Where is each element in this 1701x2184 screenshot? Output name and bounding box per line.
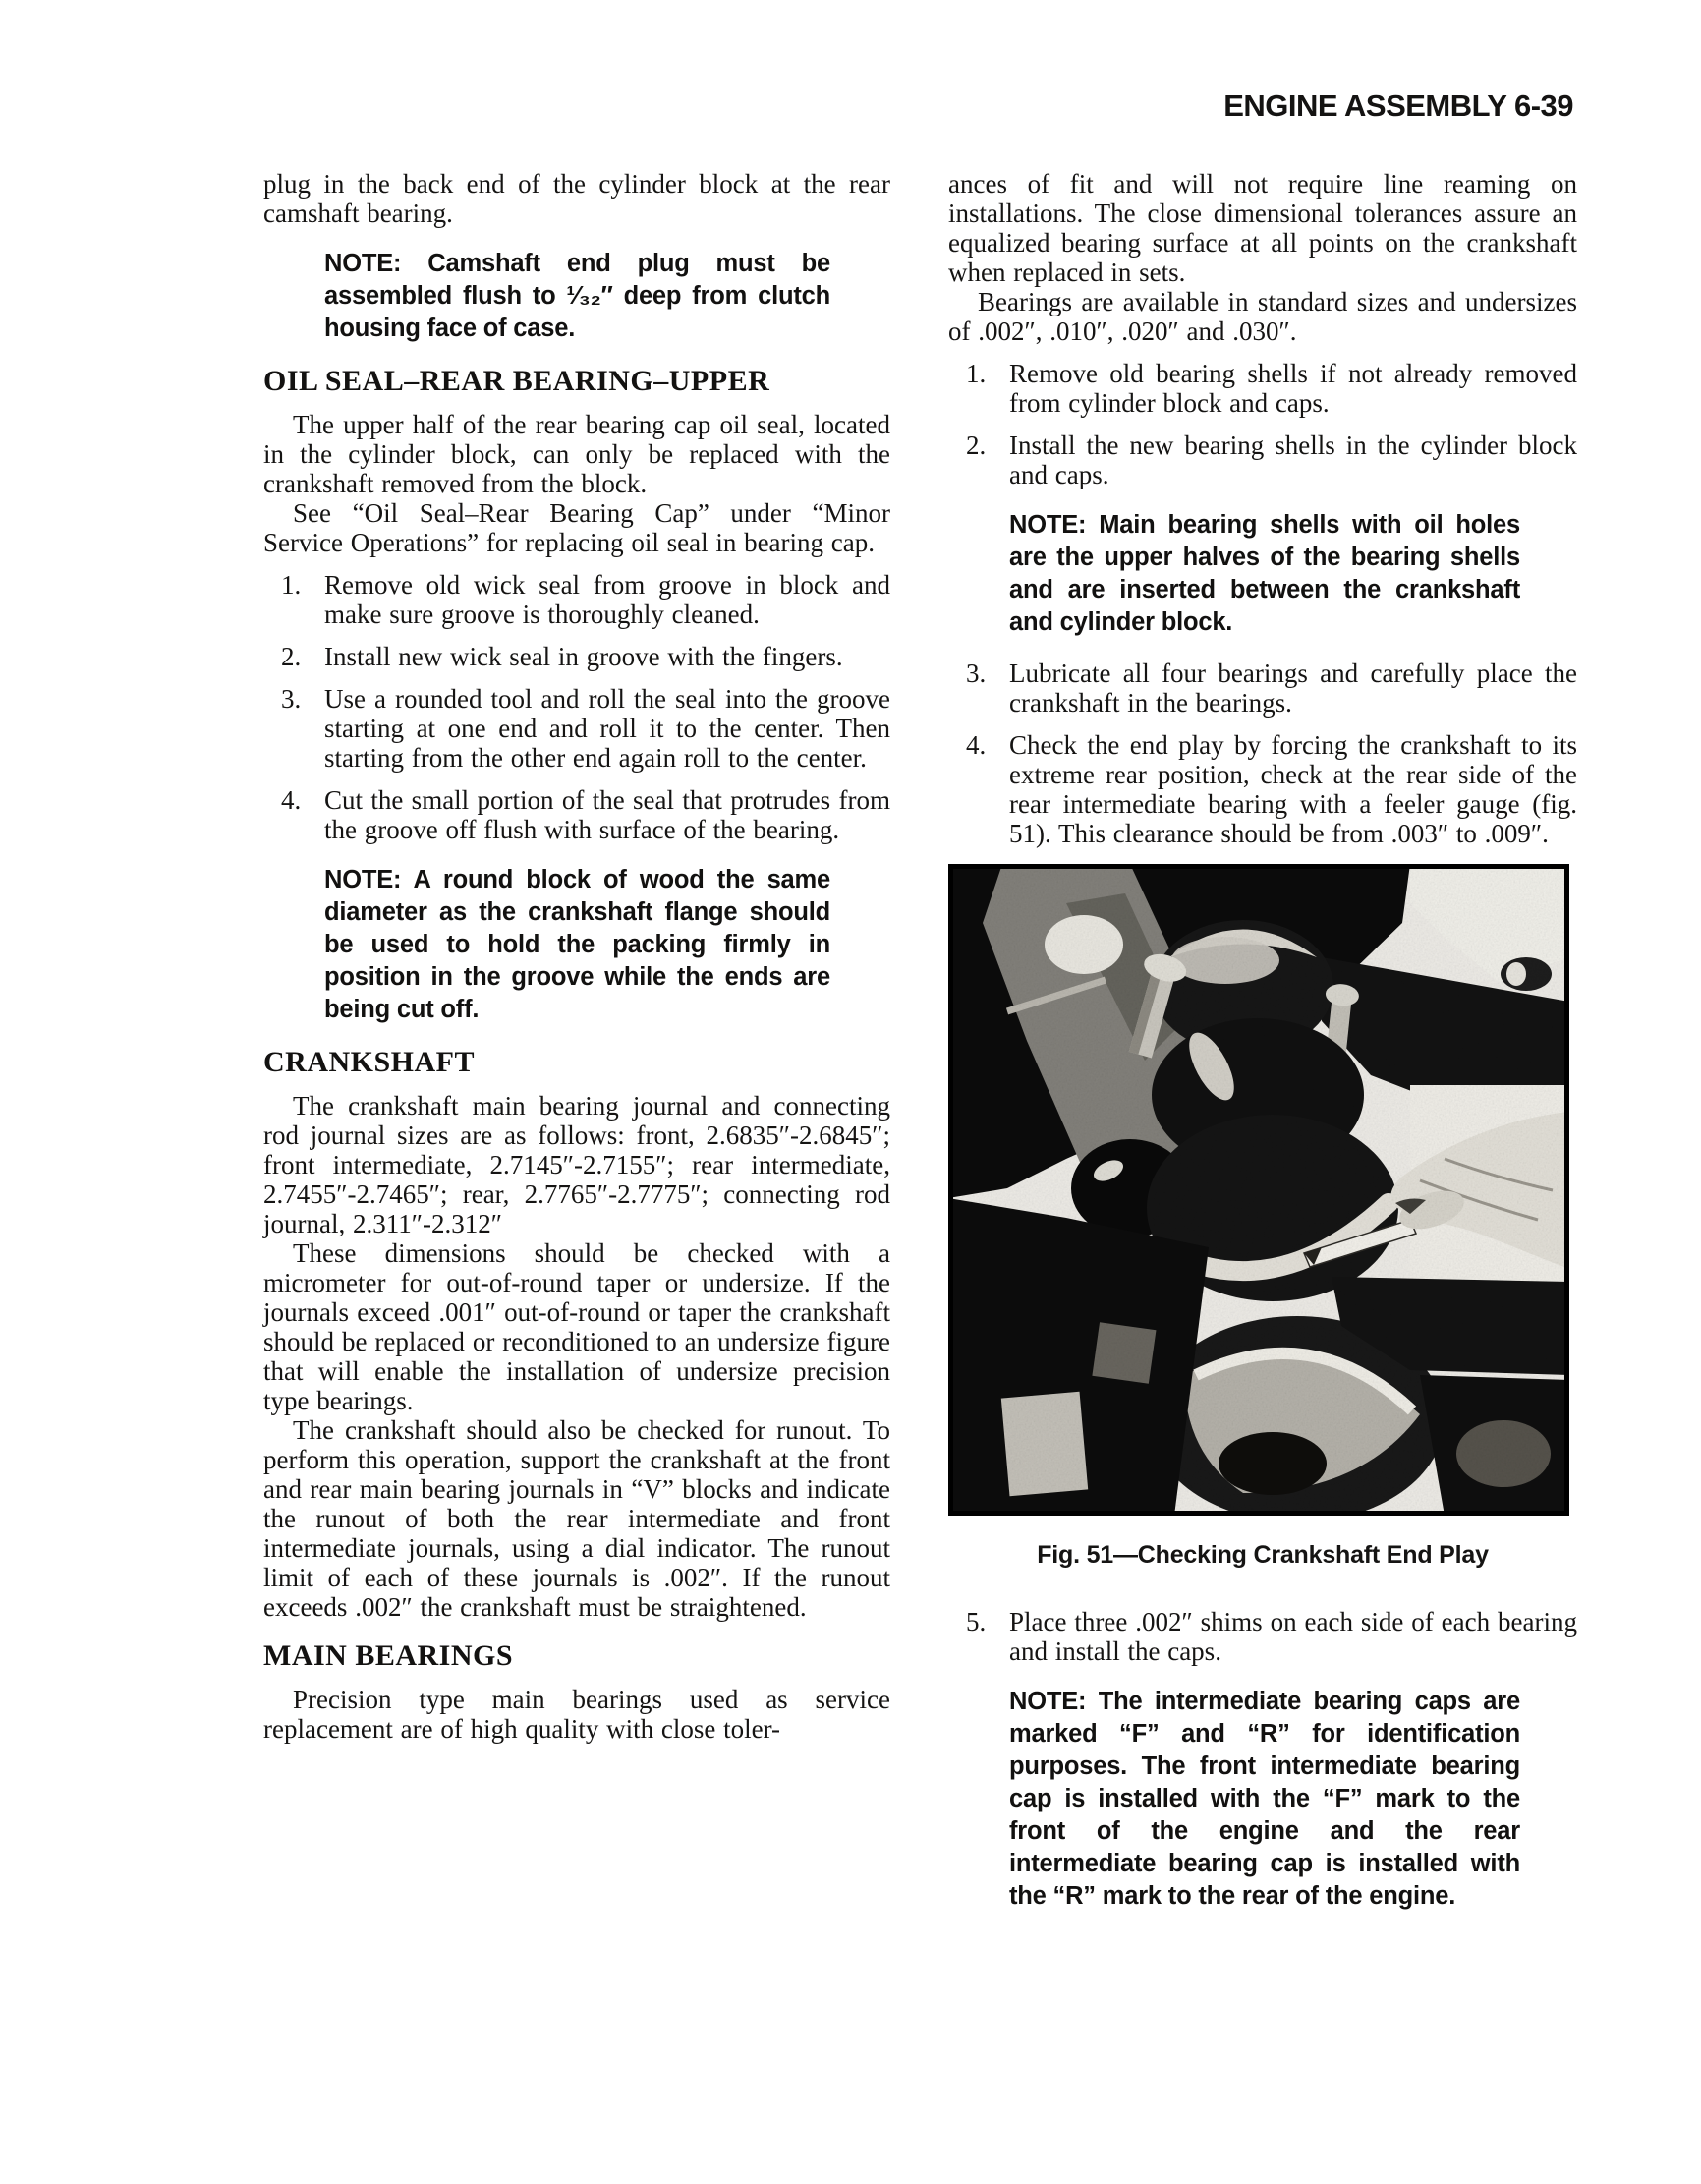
list-item: 2. Install the new bearing shells in the…: [948, 431, 1577, 489]
paragraph-precision: Precision type main bearings used as ser…: [263, 1685, 890, 1744]
list-number: 2.: [966, 431, 986, 460]
list-text: Check the end play by forcing the cranks…: [1009, 730, 1577, 848]
list-text: Cut the small portion of the seal that p…: [324, 785, 890, 844]
list-item: 4. Cut the small portion of the seal tha…: [263, 785, 890, 844]
paragraph-journal-sizes: The crankshaft main bearing journal and …: [263, 1091, 890, 1238]
list-text: Place three .002″ shims on each side of …: [1009, 1607, 1577, 1666]
list-item: 2. Install new wick seal in groove with …: [263, 642, 890, 671]
paragraph-tolerances: ances of fit and will not require line r…: [948, 169, 1577, 287]
list-text: Lubricate all four bearings and carefull…: [1009, 659, 1577, 718]
note-oil-holes: NOTE: Main bearing shells with oil holes…: [1009, 509, 1520, 639]
section-heading-oil-seal: OIL SEAL–REAR BEARING–UPPER: [263, 365, 890, 398]
paragraph-dimensions: These dimensions should be checked with …: [263, 1238, 890, 1415]
page-header: ENGINE ASSEMBLY 6-39: [1223, 88, 1573, 124]
list-item: 3. Use a rounded tool and roll the seal …: [263, 684, 890, 773]
list-number: 1.: [281, 570, 301, 600]
list-number: 4.: [966, 730, 986, 760]
list-item: 1. Remove old bearing shells if not alre…: [948, 359, 1577, 418]
list-text: Install new wick seal in groove with the…: [324, 642, 890, 671]
paragraph-camshaft-plug: plug in the back end of the cylinder blo…: [263, 169, 890, 228]
list-number: 3.: [281, 684, 301, 714]
paragraph-runout: The crankshaft should also be checked fo…: [263, 1415, 890, 1622]
note-camshaft-end-plug: NOTE: Camshaft end plug must be assemble…: [324, 248, 830, 345]
paragraph-see-reference: See “Oil Seal–Rear Bearing Cap” under “M…: [263, 498, 890, 557]
figure-51: Fig. 51—Checking Crankshaft End Play: [948, 864, 1577, 1570]
figure-51-photo: [948, 864, 1569, 1516]
list-number: 3.: [966, 659, 986, 688]
list-number: 2.: [281, 642, 301, 671]
list-number: 5.: [966, 1607, 986, 1637]
section-heading-crankshaft: CRANKSHAFT: [263, 1046, 890, 1079]
list-item: 4. Check the end play by forcing the cra…: [948, 730, 1577, 848]
section-heading-main-bearings: MAIN BEARINGS: [263, 1639, 890, 1673]
list-item: 1. Remove old wick seal from groove in b…: [263, 570, 890, 629]
left-column: plug in the back end of the cylinder blo…: [263, 169, 890, 1744]
paragraph-upper-half: The upper half of the rear bearing cap o…: [263, 410, 890, 498]
paragraph-bearings-available: Bearings are available in standard sizes…: [948, 287, 1577, 346]
note-round-block: NOTE: A round block of wood the same dia…: [324, 864, 830, 1026]
list-item: 3. Lubricate all four bearings and caref…: [948, 659, 1577, 718]
list-text: Remove old bearing shells if not already…: [1009, 359, 1577, 418]
right-column: ances of fit and will not require line r…: [948, 169, 1577, 1932]
list-text: Use a rounded tool and roll the seal int…: [324, 684, 890, 773]
list-number: 4.: [281, 785, 301, 815]
manual-page: ENGINE ASSEMBLY 6-39 plug in the back en…: [0, 0, 1701, 2184]
figure-caption: Fig. 51—Checking Crankshaft End Play: [948, 1541, 1577, 1570]
list-text: Install the new bearing shells in the cy…: [1009, 431, 1577, 489]
note-caps-marked: NOTE: The intermediate bearing caps are …: [1009, 1686, 1520, 1913]
list-text: Remove old wick seal from groove in bloc…: [324, 570, 890, 629]
list-number: 1.: [966, 359, 986, 388]
list-item: 5. Place three .002″ shims on each side …: [948, 1607, 1577, 1666]
